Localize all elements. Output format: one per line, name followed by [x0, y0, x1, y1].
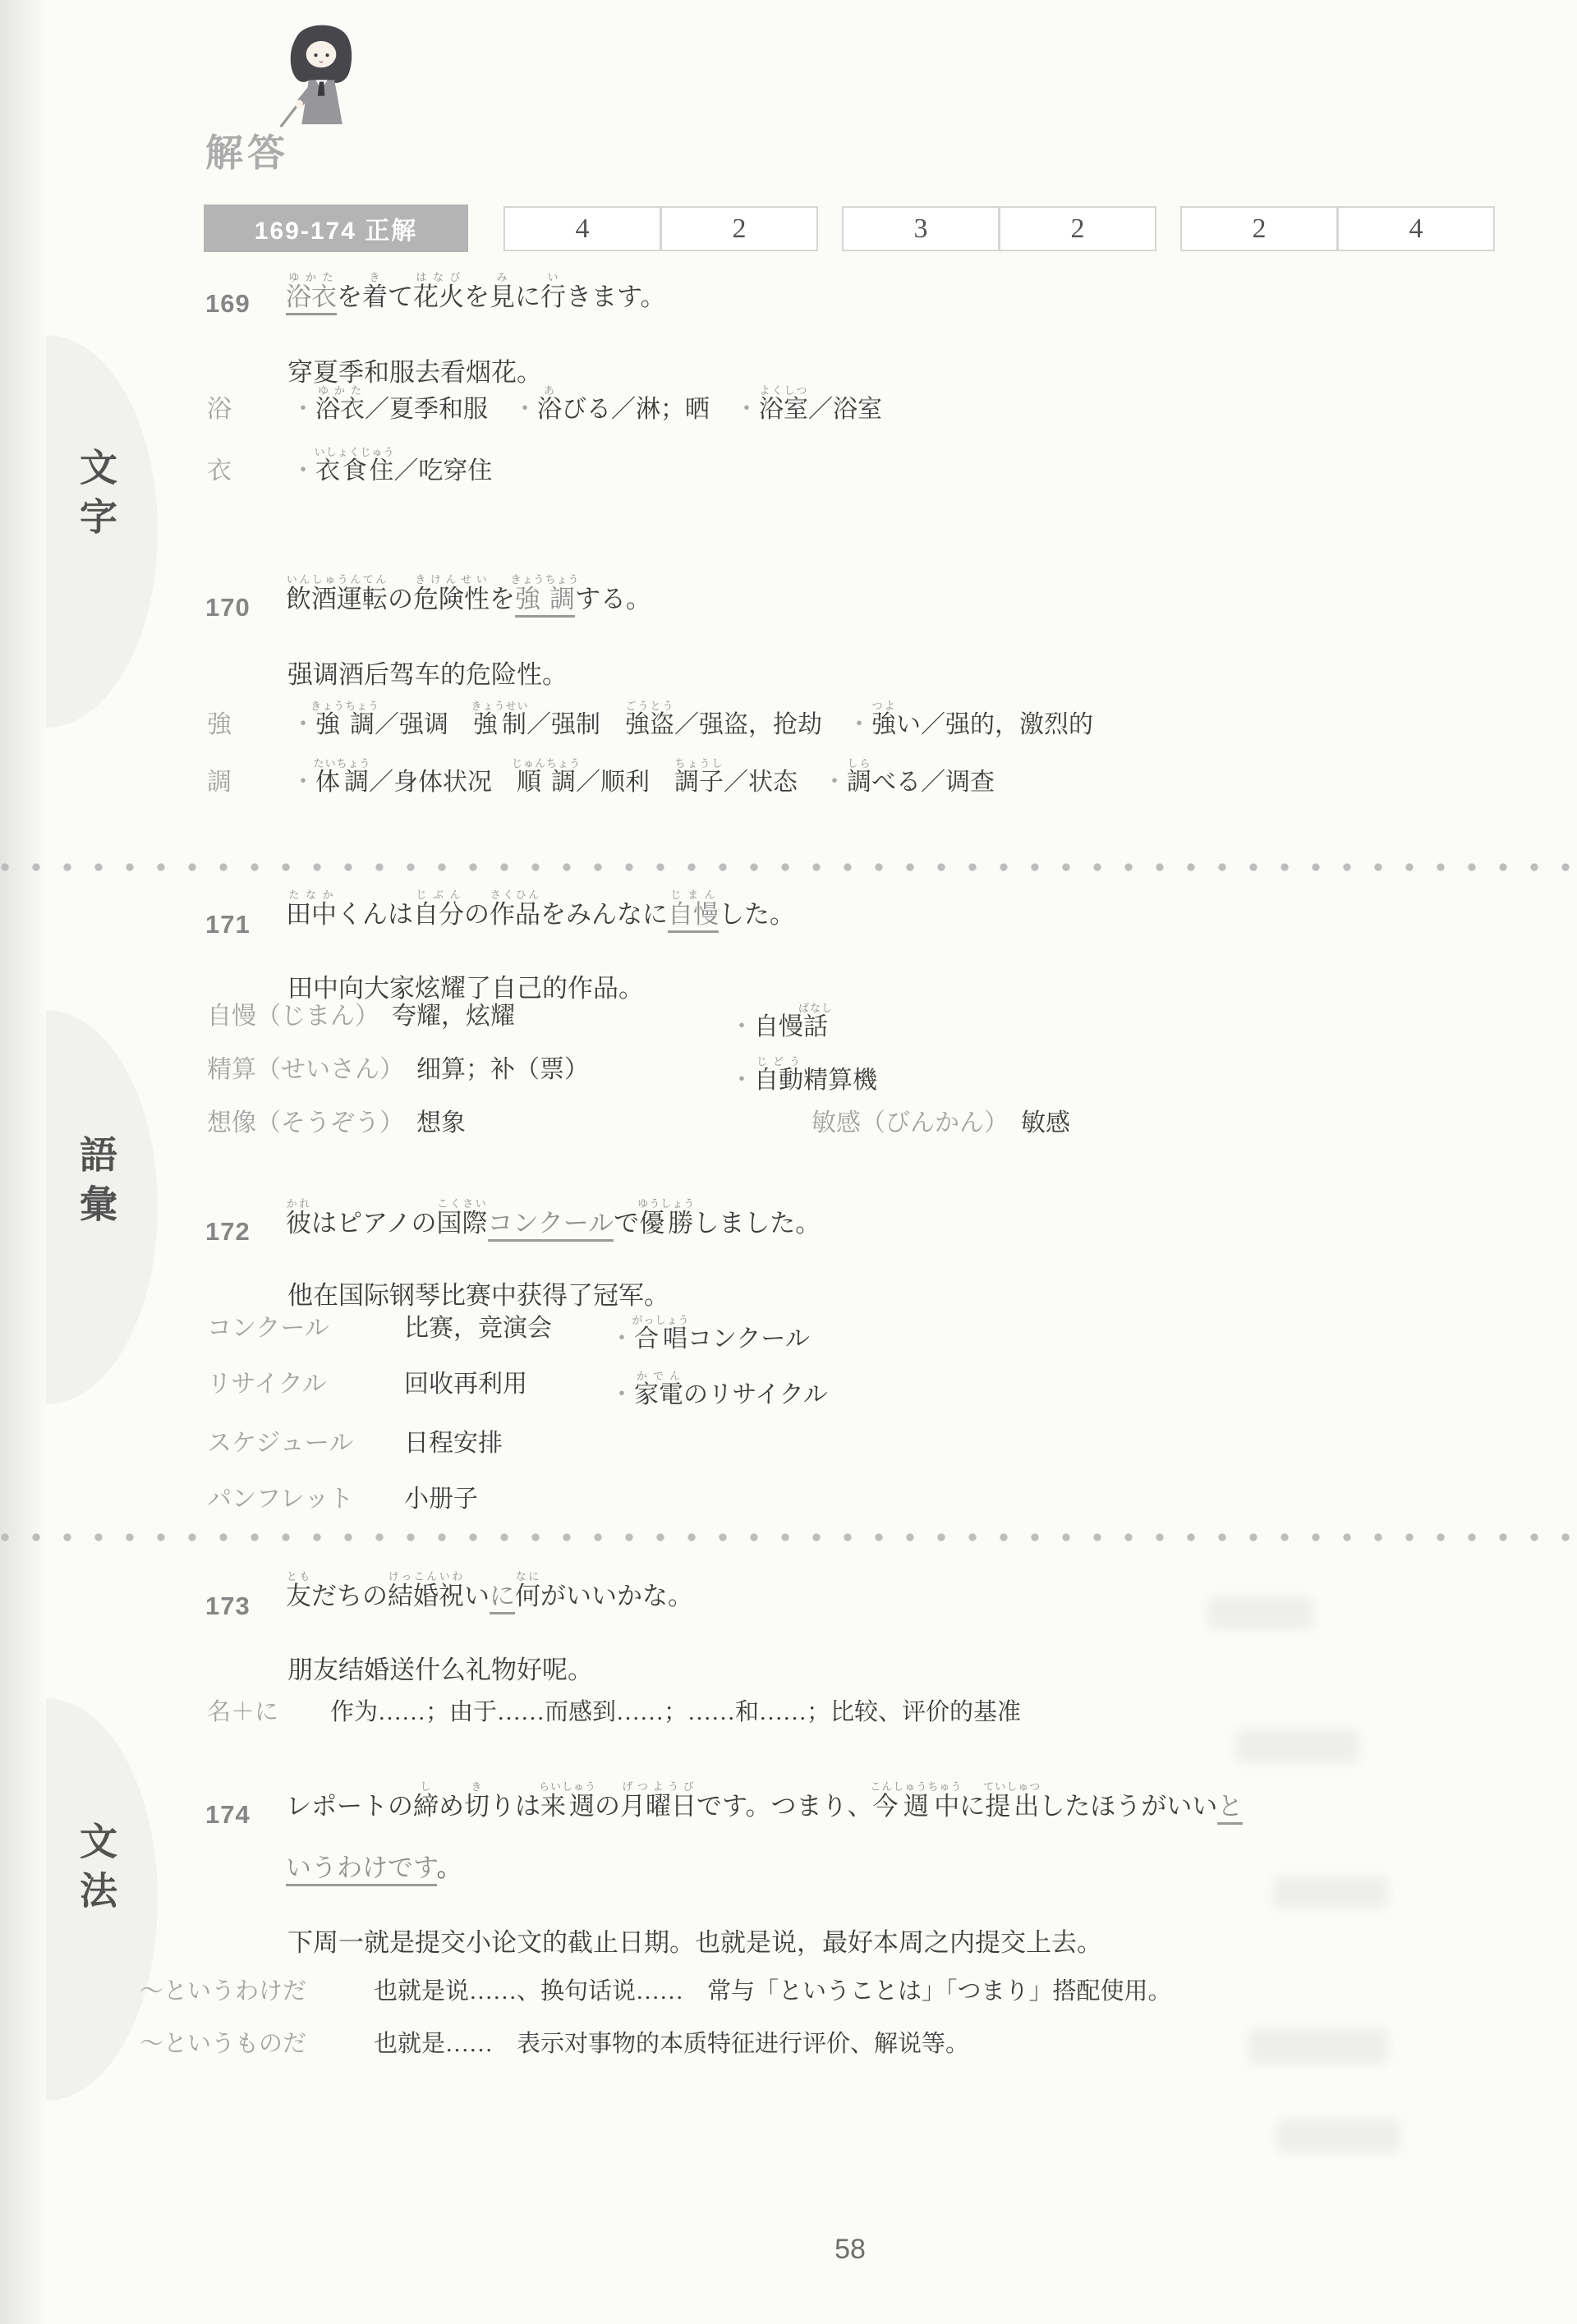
vocab-row-example: ・合唱がっしょうコンクール	[609, 1314, 810, 1354]
question-sentence: 友ともだちの結婚祝けっこんいわいに何なにがいいかな。	[286, 1570, 693, 1611]
answer-range-label: 169-174 正解	[204, 204, 468, 252]
question-translation: 他在国际钢琴比赛中获得了冠军。	[287, 1275, 669, 1311]
question-sentence: 彼かれはピアノの国際こくさいコンクールで優勝ゆうしょうしました。	[286, 1197, 821, 1238]
grammar-explanation: 也就是说……、换句话说…… 常与「ということは」「つまり」搭配使用。	[374, 1978, 1172, 2005]
question-translation: 穿夏季和服去看烟花。	[287, 351, 542, 388]
vocab-row: 衣・衣食住いしょくじゅう／吃穿住	[207, 446, 492, 486]
grammar-explanation: 作为……；由于……而感到……；……和……；比较、评价的基准	[330, 1699, 1021, 1725]
print-bleed-artifact	[1277, 2119, 1400, 2153]
vocab-meaning: 回收再利用	[404, 1371, 527, 1398]
vocab-row: 精算（せいさん） 细算；补（票）	[207, 1055, 589, 1085]
teacher-girl-illustration	[269, 18, 373, 133]
answer-cell: 4	[1338, 206, 1495, 251]
question-sentence: 浴衣ゆかたを着きて花火はなびを見みに行いきます。	[286, 271, 666, 312]
vocab-row: スケジュール日程安排	[207, 1429, 503, 1458]
question-translation: 朋友结婚送什么礼物好呢。	[287, 1649, 593, 1686]
vocab-row-example: 敏感（びんかん） 敏感	[811, 1109, 1070, 1138]
vocab-items: ・強調きょうちょう／强调 強制きょうせい／强制 強盗ごうとう／强盗，抢劫 ・強つ…	[291, 711, 1093, 738]
answer-cell-group: 4 2	[503, 206, 818, 251]
question-number: 173	[205, 1591, 251, 1621]
vocab-items: ・浴衣ゆかた／夏季和服 ・浴あびる／淋；晒 ・浴室よくしつ／浴室	[291, 396, 882, 423]
question-sentence: レポートの締しめ切きりは来週らいしゅうの月曜日げつようびです。つまり、今週中こん…	[286, 1780, 1243, 1821]
question-sentence: 飲酒運転いんしゅうんてんの危険性きけんせいを強調きょうちょうする。	[286, 573, 651, 614]
textbook-answer-page: { "header": { "answer_label": "解答" }, "a…	[0, 0, 1577, 2324]
vocab-meaning: 比赛，竞演会	[404, 1315, 552, 1342]
question-number: 169	[205, 289, 251, 319]
question-sentence-continued: いうわけです。	[286, 1853, 462, 1883]
print-bleed-artifact	[1236, 1729, 1359, 1763]
print-bleed-artifact	[1248, 2028, 1388, 2065]
grammar-row: ～というものだ也就是…… 表示对事物的本质特征进行评价、解说等。	[140, 2030, 969, 2059]
vocab-headword: スケジュール	[207, 1429, 404, 1458]
vocab-head-kanji: 強	[207, 710, 291, 740]
vocab-row: コンクール比赛，竞演会	[207, 1314, 552, 1343]
grammar-pattern: ～というものだ	[140, 2030, 374, 2059]
answer-cell: 4	[503, 206, 661, 251]
question-number: 174	[205, 1800, 251, 1830]
vocab-row: パンフレット小册子	[207, 1485, 478, 1514]
vocab-headword: コンクール	[207, 1314, 404, 1343]
vocab-row-example: ・家電かでんのリサイクル	[609, 1370, 828, 1410]
vocab-row-example: ・自慢話ばなし	[729, 1002, 833, 1042]
vocab-meaning: 小册子	[404, 1486, 478, 1513]
answer-cell-group: 3 2	[842, 206, 1156, 251]
vocab-row: 浴・浴衣ゆかた／夏季和服 ・浴あびる／淋；晒 ・浴室よくしつ／浴室	[207, 384, 882, 425]
vocab-row: リサイクル回收再利用	[207, 1370, 527, 1399]
sidebar-label-goi: 語彙	[69, 1135, 123, 1233]
print-bleed-artifact	[1273, 1876, 1388, 1909]
question-number: 170	[205, 593, 251, 622]
sidebar-label-moji: 文字	[69, 448, 123, 546]
vocab-row-example: ・自動じどう精算機	[729, 1055, 877, 1095]
vocab-row: 想像（そうぞう） 想象	[207, 1109, 466, 1138]
answer-cell-group: 2 4	[1180, 206, 1495, 251]
page-number: 58	[834, 2234, 866, 2266]
vocab-items: ・衣食住いしょくじゅう／吃穿住	[291, 457, 492, 485]
vocab-head-kanji: 調	[207, 768, 291, 797]
question-translation: 田中向大家炫耀了自己的作品。	[287, 967, 644, 1004]
vocab-items: ・体調たいちょう／身体状况 順調じゅんちょう／顺利 調子ちょうし／状态 ・調しら…	[291, 769, 995, 796]
answer-cell: 2	[1180, 206, 1338, 251]
grammar-pattern: 名＋に	[207, 1698, 330, 1727]
answer-cell: 3	[842, 206, 1000, 251]
question-translation: 强调酒后驾车的危险性。	[287, 654, 568, 691]
grammar-pattern: ～というわけだ	[140, 1977, 374, 2006]
grammar-row: ～というわけだ也就是说……、换句话说…… 常与「ということは」「つまり」搭配使用…	[140, 1977, 1172, 2006]
grammar-explanation: 也就是…… 表示对事物的本质特征进行评价、解说等。	[374, 2031, 969, 2057]
question-translation: 下周一就是提交小论文的截止日期。也就是说，最好本周之内提交上去。	[287, 1922, 1102, 1959]
scan-gutter-shadow	[0, 0, 48, 2324]
dotted-separator	[0, 1532, 1577, 1542]
vocab-head-kanji: 衣	[207, 457, 291, 486]
dotted-separator	[0, 862, 1577, 872]
vocab-headword: リサイクル	[207, 1370, 404, 1399]
vocab-row: 調・体調たいちょう／身体状况 順調じゅんちょう／顺利 調子ちょうし／状态 ・調し…	[207, 757, 995, 797]
vocab-head-kanji: 浴	[207, 395, 291, 425]
sidebar-label-bunpo: 文法	[69, 1821, 123, 1920]
vocab-meaning: 日程安排	[404, 1430, 503, 1457]
question-sentence: 田中たなかくんは自分じぶんの作品さくひんをみんなに自慢じまんした。	[286, 889, 795, 930]
vocab-row: 自慢（じまん） 夸耀，炫耀	[207, 1002, 515, 1031]
question-number: 172	[205, 1217, 251, 1247]
grammar-row: 名＋に作为……；由于……而感到……；……和……；比较、评价的基准	[207, 1698, 1021, 1727]
vocab-headword: パンフレット	[207, 1485, 404, 1514]
answer-cell: 2	[1000, 206, 1156, 251]
answer-cell: 2	[661, 206, 818, 251]
question-number: 171	[205, 910, 251, 939]
vocab-row: 強・強調きょうちょう／强调 強制きょうせい／强制 強盗ごうとう／强盗，抢劫 ・強…	[207, 700, 1093, 740]
print-bleed-artifact	[1207, 1597, 1314, 1630]
